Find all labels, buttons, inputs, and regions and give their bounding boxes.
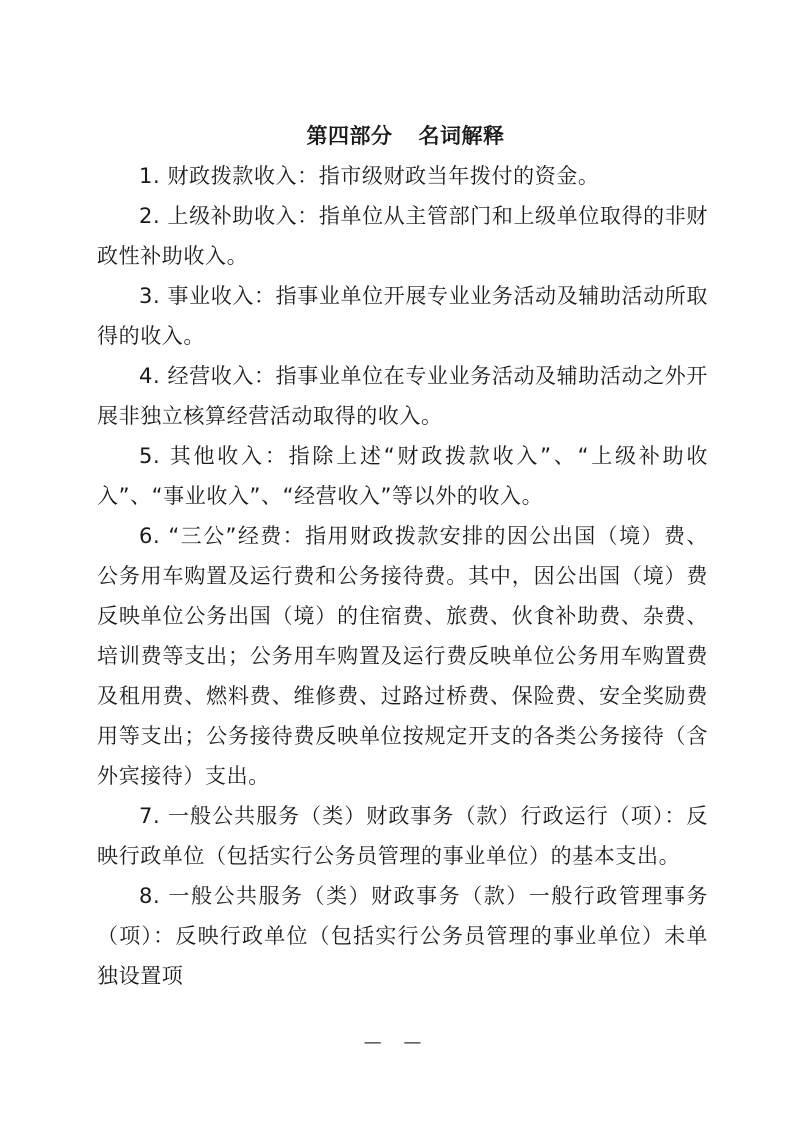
document-page: 第四部分名词解释 1. 财政拨款收入：指市级财政当年拨付的资金。 2. 上级补助… (97, 116, 708, 996)
definition-paragraph-2: 2. 上级补助收入：指单位从主管部门和上级单位取得的非财政性补助收入。 (97, 196, 708, 276)
definition-paragraph-1: 1. 财政拨款收入：指市级财政当年拨付的资金。 (97, 156, 708, 196)
section-title-part: 第四部分 (307, 124, 393, 148)
page-footer: — — (0, 1032, 793, 1053)
definition-paragraph-3: 3. 事业收入：指事业单位开展专业业务活动及辅助活动所取得的收入。 (97, 276, 708, 356)
section-title: 第四部分名词解释 (103, 116, 708, 156)
section-title-name: 名词解释 (419, 124, 505, 148)
definition-paragraph-6: 6. “三公”经费：指用财政拨款安排的因公出国（境）费、公务用车购置及运行费和公… (97, 516, 708, 796)
definition-paragraph-8: 8. 一般公共服务（类）财政事务（款）一般行政管理事务（项）：反映行政单位（包括… (97, 876, 708, 996)
definition-paragraph-5: 5. 其他收入：指除上述“财政拨款收入”、“上级补助收入”、“事业收入”、“经营… (97, 436, 708, 516)
definition-paragraph-4: 4. 经营收入：指事业单位在专业业务活动及辅助活动之外开展非独立核算经营活动取得… (97, 356, 708, 436)
definition-paragraph-7: 7. 一般公共服务（类）财政事务（款）行政运行（项）：反映行政单位（包括实行公务… (97, 796, 708, 876)
